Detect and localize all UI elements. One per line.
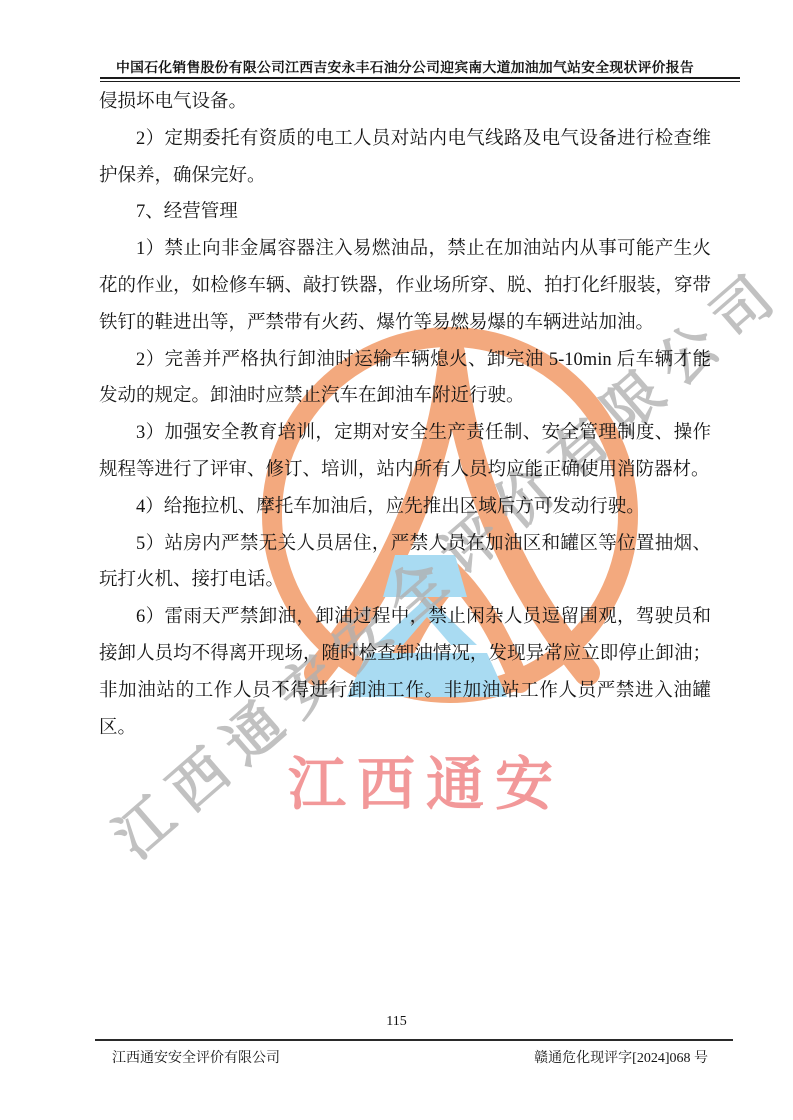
body-text: 侵损坏电气设备。 2）定期委托有资质的电工人员对站内电气线路及电气设备进行检查维…	[99, 84, 711, 746]
header-rule	[100, 77, 740, 79]
body-paragraph: 5）站房内严禁无关人员居住，严禁人员在加油区和罐区等位置抽烟、玩打火机、接打电话…	[99, 526, 711, 600]
header-rule-thin	[100, 81, 740, 82]
page-header-title: 中国石化销售股份有限公司江西吉安永丰石油分公司迎宾南大道加油加气站安全现状评价报…	[90, 56, 720, 76]
body-paragraph: 侵损坏电气设备。	[99, 84, 711, 121]
page-footer: 江西通安安全评价有限公司 赣通危化现评字[2024]068 号	[112, 1047, 708, 1067]
footer-doc-number: 赣通危化现评字[2024]068 号	[534, 1047, 708, 1067]
document-page: 江西通安安全评价有限公司 江西通安 中国石化销售股份有限公司江西吉安永丰石油分公…	[0, 0, 793, 1120]
body-paragraph: 4）给拖拉机、摩托车加油后，应先推出区域后方可发动行驶。	[99, 489, 711, 526]
section-heading: 7、经营管理	[99, 194, 711, 231]
body-paragraph: 2）完善并严格执行卸油时运输车辆熄火、卸完油 5-10min 后车辆才能发动的规…	[99, 342, 711, 416]
body-paragraph: 2）定期委托有资质的电工人员对站内电气线路及电气设备进行检查维护保养，确保完好。	[99, 121, 711, 195]
footer-rule	[95, 1039, 733, 1041]
brand-watermark-text: 江西通安	[288, 737, 564, 821]
footer-company: 江西通安安全评价有限公司	[112, 1047, 280, 1067]
body-paragraph: 3）加强安全教育培训，定期对安全生产责任制、安全管理制度、操作规程等进行了评审、…	[99, 415, 711, 489]
page-number: 115	[0, 1014, 793, 1030]
body-paragraph: 6）雷雨天严禁卸油，卸油过程中，禁止闲杂人员逗留围观，驾驶员和接卸人员均不得离开…	[99, 599, 711, 746]
body-paragraph: 1）禁止向非金属容器注入易燃油品，禁止在加油站内从事可能产生火花的作业，如检修车…	[99, 231, 711, 341]
